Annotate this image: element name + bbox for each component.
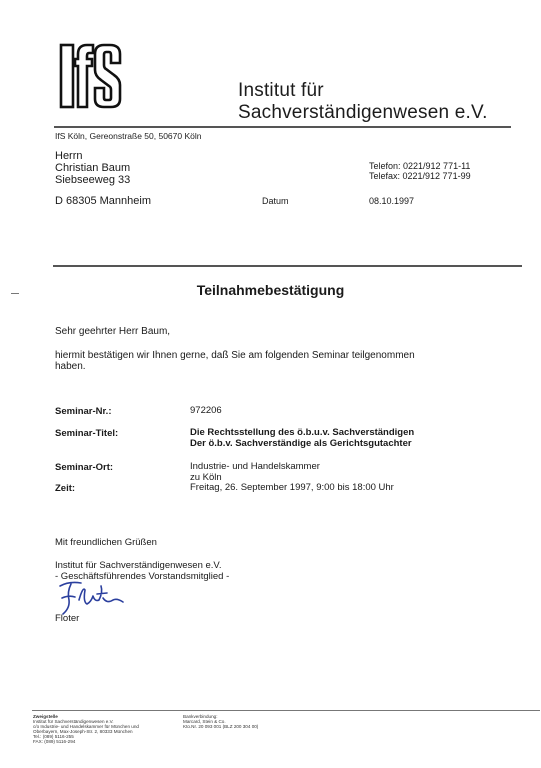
telefon: Telefon: 0221/912 771-11 [369, 161, 471, 171]
footer-bank-account: Kto.Nr. 20 093 001 (BLZ 200 304 00) [183, 724, 258, 729]
seminar-ort-line1: Industrie- und Handelskammer [190, 462, 320, 473]
org-name-line2: Sachverständigenwesen e.V. [238, 102, 488, 124]
document-title: Teilnahmebestätigung [0, 282, 541, 298]
seminar-ort-label: Seminar-Ort: [55, 462, 113, 473]
org-name-line1: Institut für [238, 80, 488, 102]
handwritten-signature [57, 578, 137, 618]
contact-block: Telefon: 0221/912 771-11 Telefax: 0221/9… [369, 161, 471, 181]
greeting: Sehr geehrter Herr Baum, [55, 326, 170, 337]
ifs-logo [58, 42, 124, 110]
footer-branch-fax: FAX: (089) 5116-294 [33, 739, 139, 744]
zeit-label: Zeit: [55, 483, 75, 494]
recipient-street: Siebseeweg 33 [55, 174, 130, 186]
body-line2: haben. [55, 361, 475, 372]
seminar-nr-value: 972206 [190, 406, 222, 417]
signer-name: Floter [55, 613, 79, 624]
body-line1: hiermit bestätigen wir Ihnen gerne, daß … [55, 350, 475, 361]
recipient-name: Christian Baum [55, 162, 130, 174]
date-label: Datum [262, 196, 289, 206]
closing-regards: Mit freundlichen Grüßen [55, 537, 157, 548]
footer-branch: Zweigstelle Institut für Sachverständige… [33, 714, 139, 744]
zeit-value: Freitag, 26. September 1997, 9:00 bis 18… [190, 483, 394, 494]
content-divider [53, 265, 522, 267]
date-value: 08.10.1997 [369, 196, 414, 206]
org-name: Institut für Sachverständigenwesen e.V. [238, 80, 488, 124]
seminar-nr-label: Seminar-Nr.: [55, 406, 112, 417]
recipient-city: D 68305 Mannheim [55, 195, 151, 207]
telefax: Telefax: 0221/912 771-99 [369, 171, 471, 181]
recipient-salutation: Herrn [55, 150, 130, 162]
footer-bank: Bankverbindung: Marcard, Stein & Co. Kto… [183, 714, 258, 729]
seminar-titel-line2: Der ö.b.v. Sachverständige als Gerichtsg… [190, 439, 414, 450]
recipient-address: Herrn Christian Baum Siebseeweg 33 [55, 150, 130, 186]
sender-line: IfS Köln, Gereonstraße 50, 50670 Köln [55, 131, 201, 141]
seminar-titel-value: Die Rechtsstellung des ö.b.u.v. Sachvers… [190, 428, 414, 449]
footer-divider [32, 710, 540, 711]
seminar-titel-line1: Die Rechtsstellung des ö.b.u.v. Sachvers… [190, 428, 414, 439]
signature-org: Institut für Sachverständigenwesen e.V. [55, 561, 229, 572]
header-divider [54, 126, 511, 128]
seminar-titel-label: Seminar-Titel: [55, 428, 118, 439]
seminar-ort-value: Industrie- und Handelskammer zu Köln [190, 462, 320, 483]
body-text: hiermit bestätigen wir Ihnen gerne, daß … [55, 350, 475, 372]
